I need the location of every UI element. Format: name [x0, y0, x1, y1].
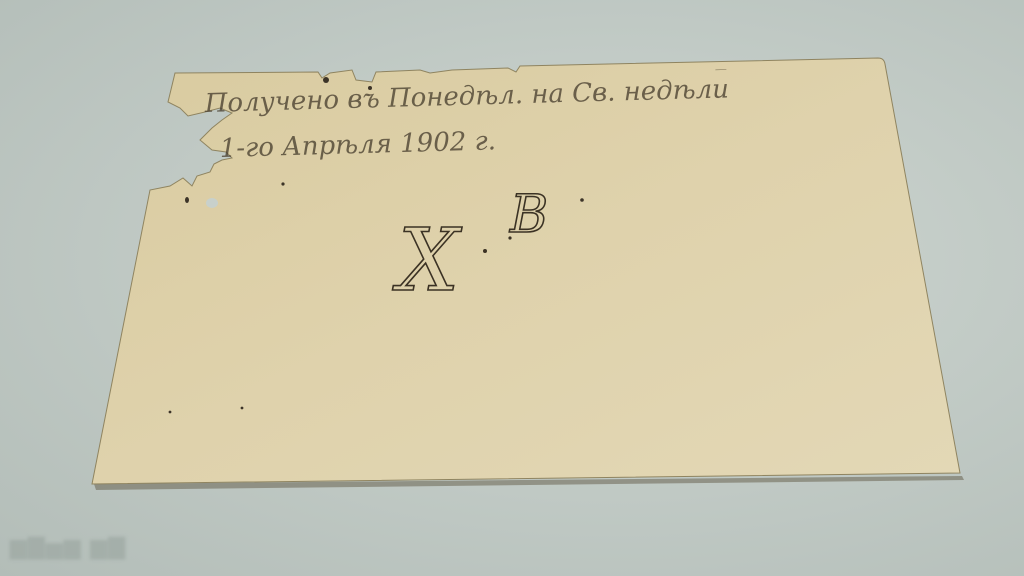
photo-scene: Получено въ Понедѣл. на Св. недѣли 1-го …: [0, 0, 1024, 576]
watermark: ▆▇▅▆ ▆▇: [10, 535, 126, 560]
speck: [185, 197, 189, 203]
speck: [241, 407, 244, 410]
speck: [323, 77, 329, 83]
monogram-dot: [508, 236, 511, 239]
speck: [169, 411, 172, 414]
monogram-letter-x: Х: [392, 211, 463, 311]
monogram-letter-v: В: [509, 185, 548, 245]
card-body: [92, 58, 960, 484]
pencil-note: —: [715, 62, 727, 76]
speck: [281, 182, 284, 185]
speck: [580, 198, 584, 202]
card-illustration: Получено въ Понедѣл. на Св. недѣли 1-го …: [0, 0, 1024, 576]
tear-hole: [206, 198, 218, 208]
monogram-dot: [483, 249, 487, 253]
